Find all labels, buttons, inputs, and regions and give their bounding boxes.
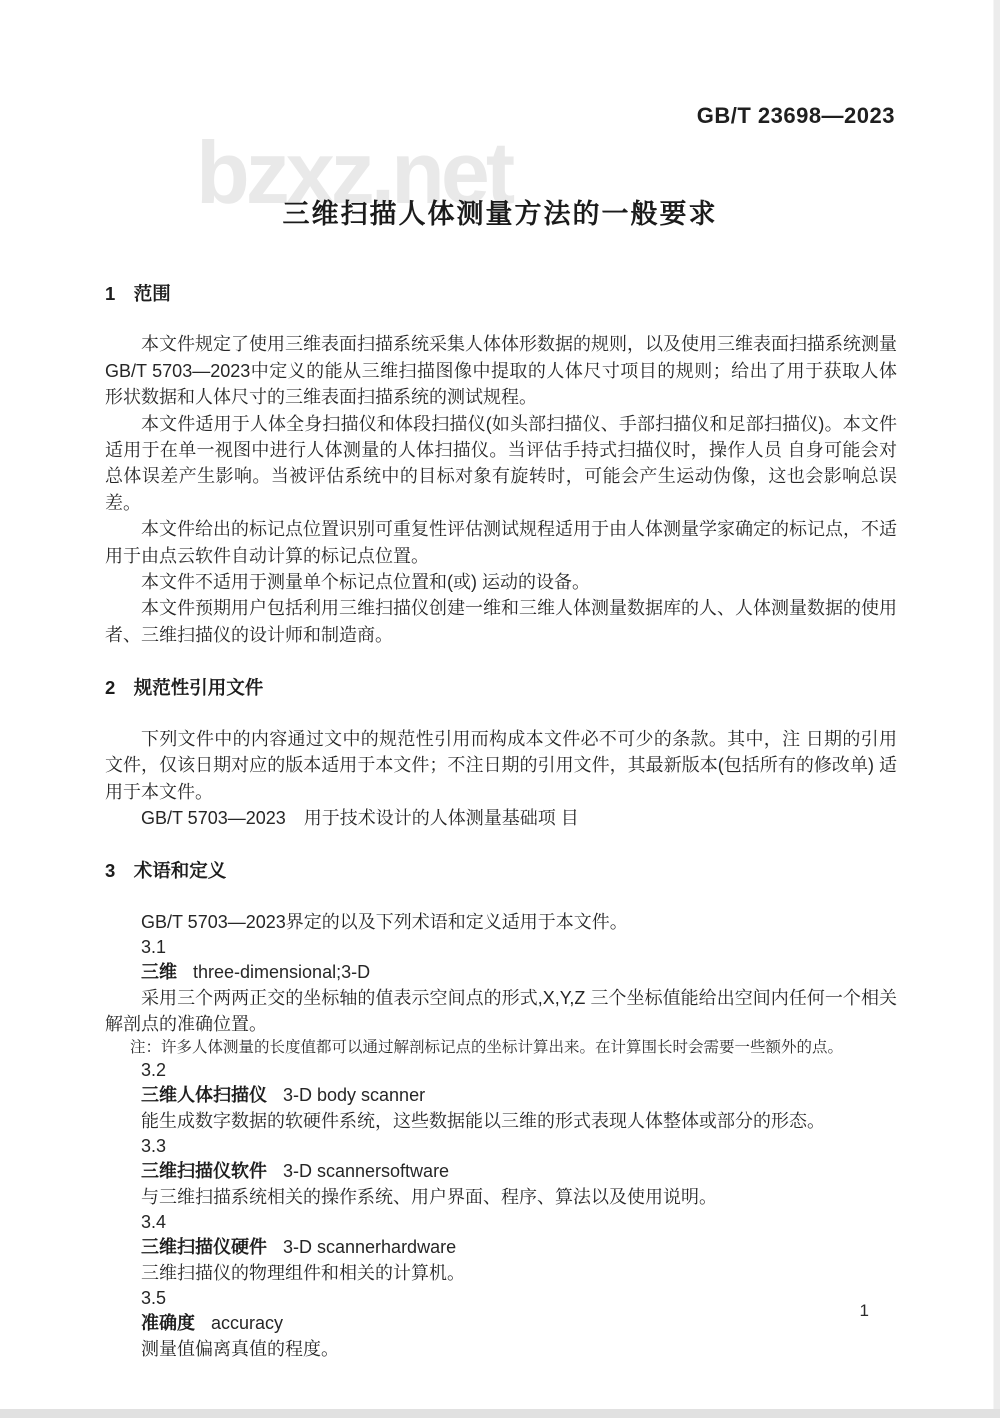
term-block: 3.4 三维扫描仪硬件3-D scannerhardware 三维扫描仪的物理组… (105, 1210, 897, 1286)
term-block: 3.3 三维扫描仪软件3-D scannersoftware 与三维扫描系统相关… (105, 1134, 897, 1210)
term-zh: 三维扫描仪软件 (141, 1161, 267, 1181)
term-block: 3.5 准确度accuracy 测量值偏离真值的程度。 (105, 1286, 897, 1362)
page-title: 三维扫描人体测量方法的一般要求 (0, 192, 1000, 231)
section-heading-terms: 3 术语和定义 (105, 858, 897, 884)
references-intro: 下列文件中的内容通过文中的规范性引用而构成本文件必不可少的条款。其中，注 日期的… (105, 726, 897, 805)
term-en: 3-D scannersoftware (283, 1161, 449, 1181)
term-line: 准确度accuracy (105, 1310, 897, 1336)
reference-entry: GB/T 5703—2023 用于技术设计的人体测量基础项 目 (105, 805, 897, 831)
scope-paragraph: 本文件不适用于测量单个标记点位置和(或) 运动的设备。 (105, 569, 897, 595)
term-definition: 采用三个两两正交的坐标轴的值表示空间点的形式,X,Y,Z 三个坐标值能给出空间内… (105, 985, 897, 1037)
term-number: 3.3 (105, 1134, 897, 1158)
doc-number: GB/T 23698—2023 (697, 103, 895, 129)
term-line: 三维扫描仪硬件3-D scannerhardware (105, 1234, 897, 1260)
scope-paragraph: 本文件预期用户包括利用三维扫描仪创建一维和三维人体测量数据库的人、人体测量数据的… (105, 595, 897, 648)
term-definition: 测量值偏离真值的程度。 (105, 1336, 897, 1362)
term-definition: 三维扫描仪的物理组件和相关的计算机。 (105, 1260, 897, 1286)
term-block: 3.1 三维three-dimensional;3-D 采用三个两两正交的坐标轴… (105, 935, 897, 1058)
term-zh: 准确度 (141, 1313, 195, 1333)
term-number: 3.4 (105, 1210, 897, 1234)
section-heading-scope: 1 范围 (105, 281, 897, 307)
term-number: 3.1 (105, 935, 897, 959)
term-en: three-dimensional;3-D (193, 962, 370, 982)
term-en: 3-D body scanner (283, 1085, 425, 1105)
scope-paragraph: 本文件规定了使用三维表面扫描系统采集人体体形数据的规则，以及使用三维表面扫描系统… (105, 331, 897, 410)
term-definition: 能生成数字数据的软硬件系统，这些数据能以三维的形式表现人体整体或部分的形态。 (105, 1108, 897, 1134)
section-heading-references: 2 规范性引用文件 (105, 675, 897, 701)
document-body: 1 范围 本文件规定了使用三维表面扫描系统采集人体体形数据的规则，以及使用三维表… (105, 281, 897, 1362)
term-number: 3.2 (105, 1058, 897, 1082)
term-definition: 与三维扫描系统相关的操作系统、用户界面、程序、算法以及使用说明。 (105, 1184, 897, 1210)
term-en: 3-D scannerhardware (283, 1237, 456, 1257)
term-line: 三维three-dimensional;3-D (105, 959, 897, 985)
term-number: 3.5 (105, 1286, 897, 1310)
term-block: 3.2 三维人体扫描仪3-D body scanner 能生成数字数据的软硬件系… (105, 1058, 897, 1134)
term-zh: 三维 (141, 962, 177, 982)
term-zh: 三维扫描仪硬件 (141, 1237, 267, 1257)
document-page: bzxz.net GB/T 23698—2023 三维扫描人体测量方法的一般要求… (0, 0, 1000, 1418)
scan-edge-bottom (0, 1409, 1000, 1418)
term-line: 三维人体扫描仪3-D body scanner (105, 1082, 897, 1108)
terms-intro: GB/T 5703—2023界定的以及下列术语和定义适用于本文件。 (105, 909, 897, 935)
term-en: accuracy (211, 1313, 283, 1333)
term-zh: 三维人体扫描仪 (141, 1085, 267, 1105)
scope-paragraph: 本文件适用于人体全身扫描仪和体段扫描仪(如头部扫描仪、手部扫描仪和足部扫描仪)。… (105, 411, 897, 517)
term-note: 注：许多人体测量的长度值都可以通过解剖标记点的坐标计算出来。在计算围长时会需要一… (105, 1037, 897, 1058)
page-number: 1 (860, 1301, 869, 1321)
term-line: 三维扫描仪软件3-D scannersoftware (105, 1158, 897, 1184)
scope-paragraph: 本文件给出的标记点位置识别可重复性评估测试规程适用于由人体测量学家确定的标记点，… (105, 516, 897, 569)
